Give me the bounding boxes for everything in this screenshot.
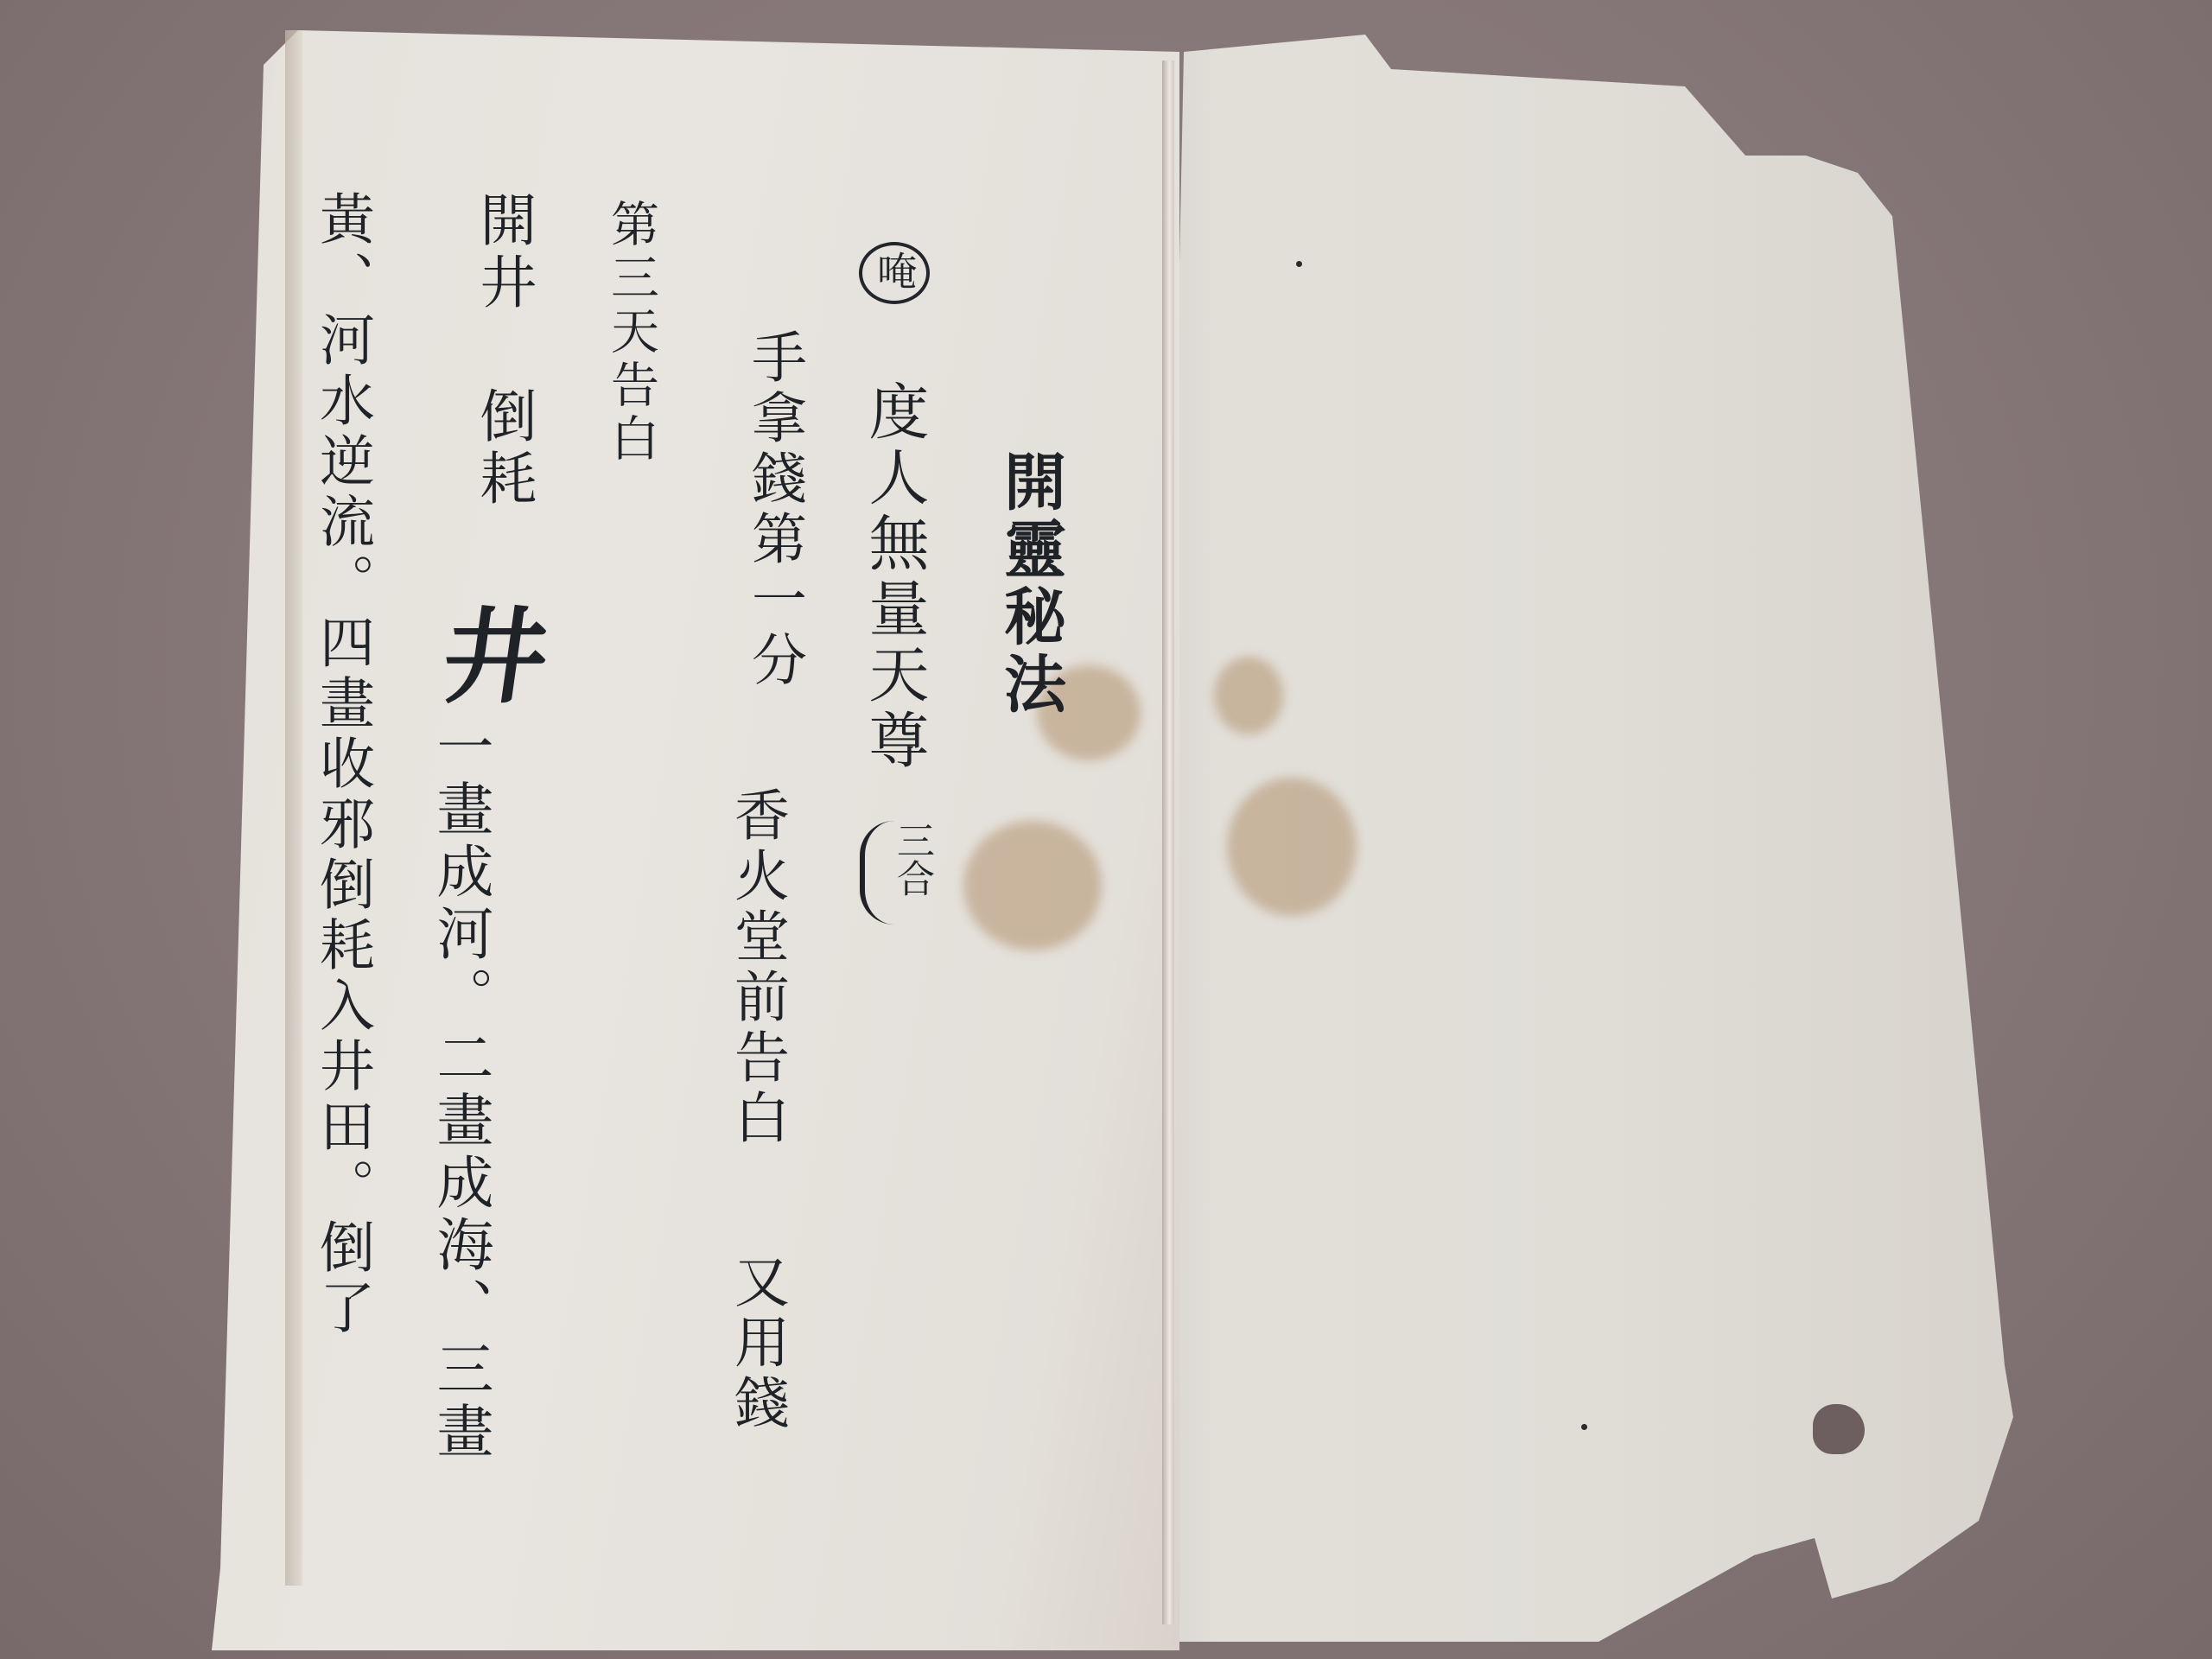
- paper-hole: [1813, 1404, 1865, 1454]
- third-day-column: 第三天告白: [596, 199, 665, 467]
- yellow-river-column: 黃、河水逆流。四畫收邪倒耗入井田。倒了: [302, 190, 382, 1339]
- book-spine: [1162, 60, 1174, 1624]
- stroke-instruction-column: 一畫成河。二畫成海、三畫: [419, 717, 501, 1464]
- ink-speck: [1581, 1424, 1587, 1430]
- water-stain: [1227, 778, 1357, 916]
- instruction-column-b: 香火堂前告白: [717, 786, 797, 1149]
- instruction-column-a: 手拿錢第一分: [734, 328, 814, 691]
- well-symbol: 井: [435, 575, 559, 723]
- circled-om-mark: 唵: [859, 242, 930, 304]
- title-column: 開靈秘法: [985, 449, 1075, 719]
- ink-speck: [1296, 261, 1302, 267]
- water-stain: [963, 821, 1102, 950]
- open-well-column: 開井 倒耗: [462, 190, 544, 511]
- invocation-column: 唵 度人無量天尊: [851, 242, 938, 774]
- water-stain: [1214, 657, 1283, 734]
- instruction-column-c: 又用錢: [717, 1253, 797, 1434]
- sanhe-annotation: 三合: [860, 821, 931, 925]
- invocation-text: 度人無量天尊: [859, 380, 930, 774]
- page-edge: [285, 30, 302, 1586]
